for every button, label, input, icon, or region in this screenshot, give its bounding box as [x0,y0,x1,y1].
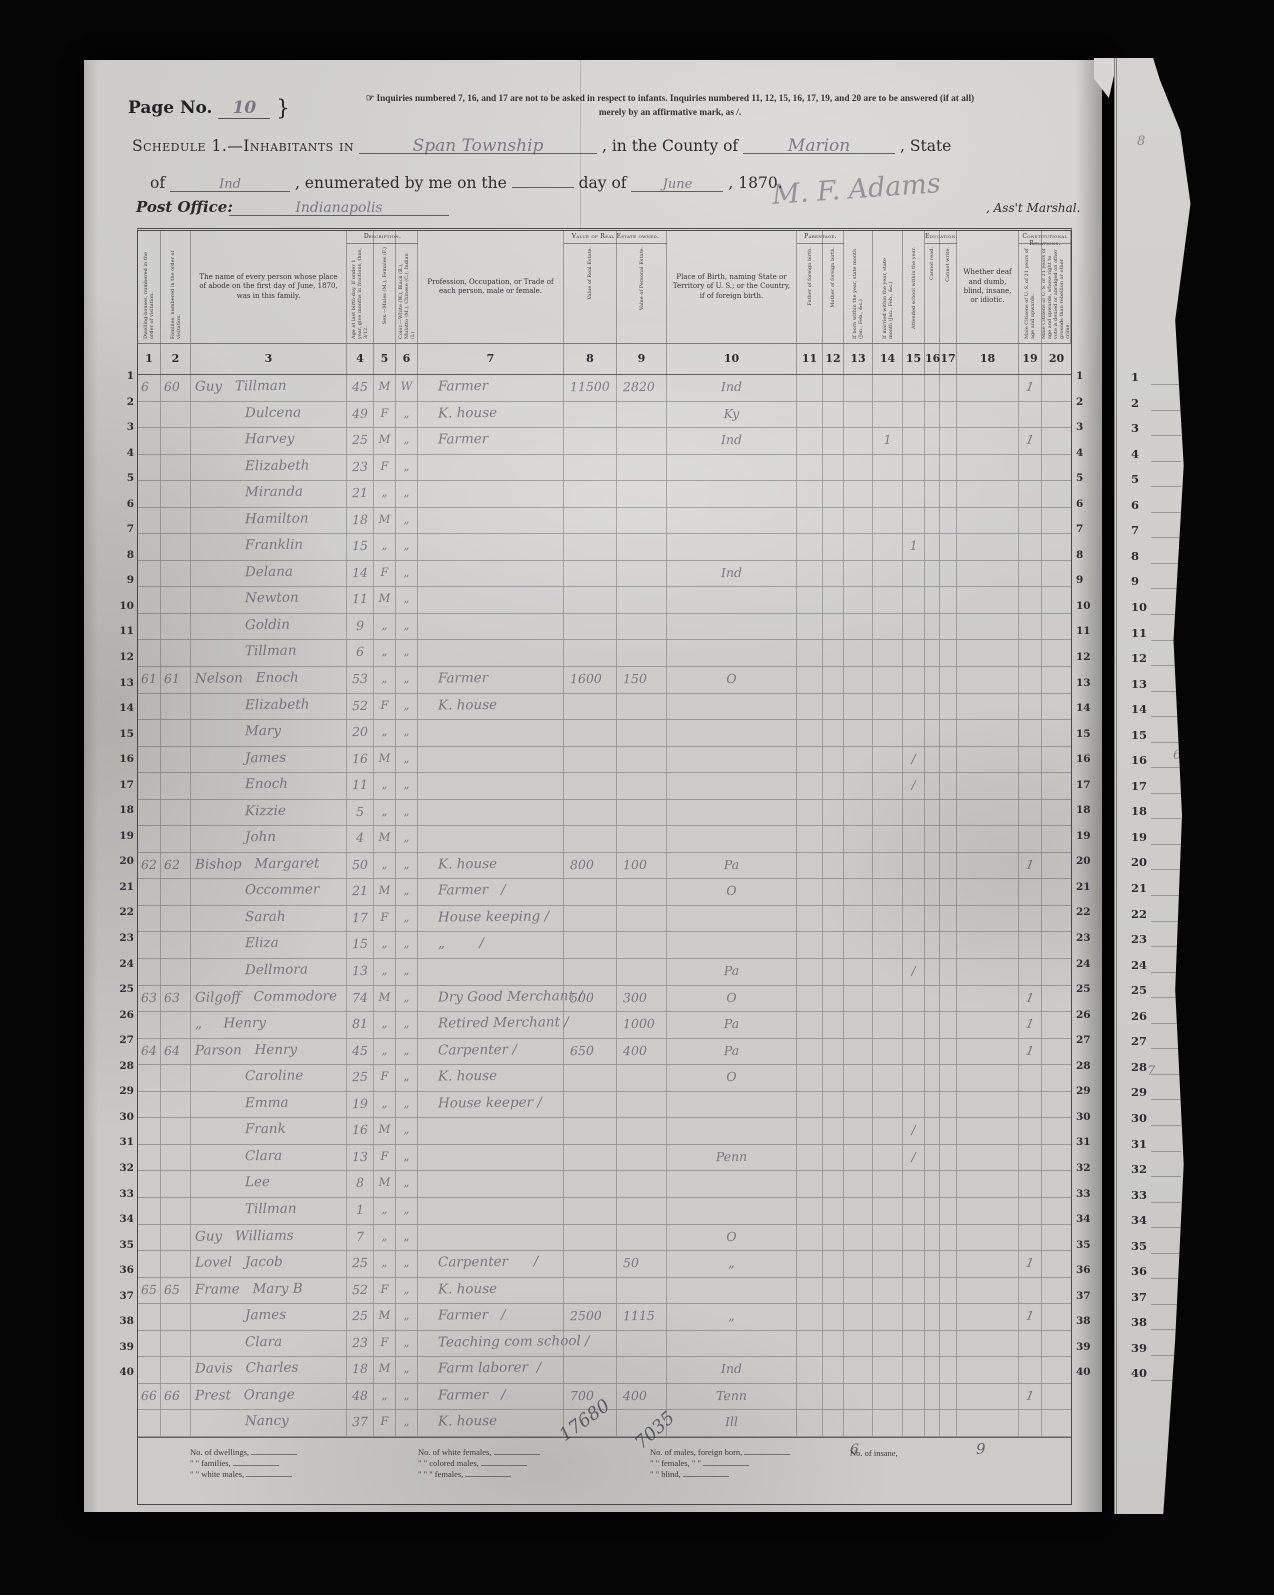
row-number: 16 [110,753,134,779]
cell-9 [617,428,667,454]
cell-15 [903,1278,925,1304]
cell-15 [903,853,925,879]
adjacent-row-number: 24 [1131,958,1147,972]
row-number: 27 [110,1034,134,1060]
cell-4: 21 [347,481,374,507]
table-row: Occommer21M„Farmer /O [138,879,1071,906]
adjacent-row-number: 9 [1131,574,1139,588]
cell-13 [844,694,873,720]
cell-8 [564,481,617,507]
cell-5: M [374,986,396,1012]
cell-7: Teaching com school / [418,1331,564,1357]
cell-5: M [374,508,396,534]
cell-16 [925,773,940,799]
column-header-label: Father of foreign birth. [807,245,813,309]
table-row: Tillman1„„ [138,1198,1071,1225]
cell-3: Newton [191,587,347,613]
column-header-3: The name of every person whose place of … [191,231,347,343]
cell-16 [925,1012,940,1038]
cell-13 [844,959,873,985]
cell-15 [903,800,925,826]
adjacent-row-number: 15 [1131,728,1147,742]
cell-17 [940,1304,957,1330]
cell-20 [1042,1357,1071,1383]
column-number: 6 [396,344,418,374]
adjacent-row-number: 32 [1131,1162,1147,1176]
cell-9 [617,720,667,746]
cell-6: „ [396,614,418,640]
table-row: Lovel Jacob25„„Carpenter /50„1 [138,1251,1071,1278]
cell-3: Occommer [191,879,347,905]
adjacent-rule [1151,1048,1181,1049]
cell-13 [844,800,873,826]
adjacent-row-number: 11 [1131,626,1147,640]
census-page: Page No. 10 } ☞ Inquiries numbered 7, 16… [84,60,1102,1512]
cell-15 [903,667,925,693]
cell-5: M [374,587,396,613]
cell-19 [1019,1278,1042,1304]
adjacent-rule [1151,1227,1181,1228]
cell-4: 25 [347,428,374,454]
cell-9: 400 [617,1384,667,1410]
cell-11 [797,481,823,507]
cell-2 [161,1145,191,1171]
cell-13 [844,640,873,666]
cell-13 [844,1357,873,1383]
table-row: Eliza15„„„ / [138,932,1071,959]
row-number: 34 [1076,1213,1100,1239]
cell-6: „ [396,879,418,905]
cell-5: M [374,826,396,852]
cell-11 [797,587,823,613]
row-number: 27 [1076,1034,1100,1060]
cell-7: K. house [418,1410,564,1436]
cell-16 [925,1410,940,1436]
row-number: 15 [1076,728,1100,754]
cell-10: O [667,986,797,1012]
cell-17 [940,694,957,720]
cell-16 [925,694,940,720]
stray-mark: 7 [1147,1064,1155,1079]
adjacent-row-number: 29 [1131,1085,1147,1099]
cell-17 [940,534,957,560]
cell-7 [418,720,564,746]
cell-15 [903,1171,925,1197]
cell-13 [844,1039,873,1065]
cell-12 [823,1384,844,1410]
row-number: 18 [110,804,134,830]
cell-8 [564,455,617,481]
cell-1 [138,906,161,932]
cell-19 [1019,826,1042,852]
cell-6: „ [396,1278,418,1304]
column-header-4: Age at last birth-day. If under 1 year, … [347,231,374,343]
cell-6: „ [396,959,418,985]
adjacent-rule [1151,1329,1181,1330]
adjacent-row-number: 19 [1131,830,1147,844]
cell-14 [873,694,903,720]
row-number: 29 [110,1085,134,1111]
column-number-row: 1234567891011121314151617181920 [138,344,1071,375]
cell-5: „ [374,1039,396,1065]
cell-12 [823,853,844,879]
cell-10: O [667,1225,797,1251]
cell-3: Bishop Margaret [191,853,347,879]
table-row: John4M„ [138,826,1071,853]
cell-11 [797,694,823,720]
cell-15 [903,640,925,666]
cell-13 [844,1118,873,1144]
cell-3: Guy Williams [191,1225,347,1251]
cell-3: Dellmora [191,959,347,985]
cell-2 [161,1304,191,1330]
adjacent-row-number: 40 [1131,1366,1147,1380]
cell-8 [564,800,617,826]
cell-14 [873,800,903,826]
cell-12 [823,959,844,985]
cell-6: „ [396,694,418,720]
cell-12 [823,1304,844,1330]
cell-11 [797,959,823,985]
cell-12 [823,694,844,720]
cell-20 [1042,534,1071,560]
cell-3: Delana [191,561,347,587]
cell-20 [1042,455,1071,481]
cell-20 [1042,1331,1071,1357]
cell-5: „ [374,640,396,666]
cell-6: W [396,375,418,401]
column-header-label: Cannot write. [945,245,951,285]
cell-10: Pa [667,1012,797,1038]
cell-10 [667,747,797,773]
row-number: 22 [110,906,134,932]
cell-18 [957,375,1019,401]
adjacent-row-number: 25 [1131,983,1147,997]
cell-4: 25 [347,1065,374,1091]
cell-14 [873,720,903,746]
cell-15 [903,1012,925,1038]
row-number: 32 [110,1162,134,1188]
school-total: 6 [850,1442,859,1458]
adjacent-rule [1151,486,1181,487]
row-number: 16 [1076,753,1100,779]
cell-5: „ [374,1198,396,1224]
cell-20 [1042,853,1071,879]
column-header-16: Cannot read. [925,231,940,343]
schedule-line: Schedule 1.—Inhabitants in Span Township… [132,136,951,155]
cell-6: „ [396,508,418,534]
cell-18 [957,1065,1019,1091]
cell-16 [925,587,940,613]
column-header-6: Color.—White (W.), Black (B.), Mulatto (… [396,231,418,343]
cell-15 [903,614,925,640]
cell-2 [161,932,191,958]
cell-16 [925,1092,940,1118]
adjacent-rule [1151,767,1181,768]
table-row: Dellmora13„„Pa/ [138,959,1071,986]
cell-11 [797,773,823,799]
column-header-20: Male Citizens of U. S. of 21 years of ag… [1042,231,1071,343]
column-header-label: If born within the year, state month (Ja… [852,245,864,342]
cell-2 [161,1251,191,1277]
cell-10 [667,932,797,958]
cell-5: M [374,375,396,401]
cell-1 [138,455,161,481]
cell-9 [617,773,667,799]
cell-10: Ind [667,1357,797,1383]
cell-11 [797,879,823,905]
table-row: Guy Williams7„„O [138,1225,1071,1252]
row-number: 12 [1076,651,1100,677]
cell-9: 150 [617,667,667,693]
column-number: 10 [667,344,797,374]
column-header-14: If married within the year, state month … [873,231,903,343]
group-header: Description. [347,231,418,244]
cell-14 [873,561,903,587]
row-number: 9 [1076,574,1100,600]
adjacent-row-number: 13 [1131,677,1147,691]
cell-17 [940,667,957,693]
adjacent-row-number: 16 [1131,753,1147,767]
cell-6: „ [396,1384,418,1410]
cell-5: „ [374,1012,396,1038]
cell-15: / [903,747,925,773]
cell-4: 14 [347,561,374,587]
stray-mark: 65 [1173,748,1190,763]
cell-16 [925,481,940,507]
cell-3: Eliza [191,932,347,958]
adjacent-rule [1151,691,1181,692]
cell-15 [903,455,925,481]
cell-17 [940,986,957,1012]
cell-18 [957,428,1019,454]
cell-10: Penn [667,1145,797,1171]
cell-5: M [374,879,396,905]
cell-17 [940,455,957,481]
adjacent-rule [1151,1380,1181,1381]
row-number: 35 [1076,1239,1100,1265]
cell-11 [797,455,823,481]
row-number: 38 [110,1315,134,1341]
cell-6: „ [396,481,418,507]
cell-3: John [191,826,347,852]
adjacent-row-number: 4 [1131,447,1139,461]
adjacent-rule [1151,537,1181,538]
cell-20 [1042,1198,1071,1224]
table-row: Goldin9„„ [138,614,1071,641]
row-number: 34 [110,1213,134,1239]
cell-4: 48 [347,1384,374,1410]
row-number: 21 [110,881,134,907]
cell-1 [138,720,161,746]
cell-10 [667,906,797,932]
cell-12 [823,773,844,799]
cell-5: F [374,1331,396,1357]
cell-12 [823,375,844,401]
cell-6: „ [396,906,418,932]
cell-8: 1600 [564,667,617,693]
cell-2 [161,1410,191,1436]
adjacent-rule [1151,844,1181,845]
cell-17 [940,1198,957,1224]
cell-18 [957,1357,1019,1383]
cell-1 [138,1198,161,1224]
table-row: 6161Nelson Enoch53„„Farmer1600150O [138,667,1071,694]
cell-18 [957,959,1019,985]
table-row: Caroline25F„K. houseO [138,1065,1071,1092]
cell-11 [797,561,823,587]
cell-8 [564,428,617,454]
cell-17 [940,879,957,905]
cell-7: Carpenter / [418,1039,564,1065]
cell-6: „ [396,1357,418,1383]
cell-13 [844,587,873,613]
cell-11 [797,1171,823,1197]
cell-11 [797,1304,823,1330]
cell-18 [957,747,1019,773]
cell-19 [1019,1331,1042,1357]
cell-20 [1042,1145,1071,1171]
table-row: Tillman6„„ [138,640,1071,667]
cell-4: 52 [347,694,374,720]
adjacent-row-number: 39 [1131,1341,1147,1355]
cell-16 [925,1039,940,1065]
table-row: Emma19„„House keeper / [138,1092,1071,1119]
cell-14 [873,986,903,1012]
adjacent-row-number: 35 [1131,1239,1147,1253]
cell-7 [418,773,564,799]
table-row: Kizzie5„„ [138,800,1071,827]
cell-17 [940,402,957,428]
cell-13 [844,826,873,852]
cell-4: 49 [347,402,374,428]
cell-17 [940,747,957,773]
cell-9 [617,455,667,481]
cell-6: „ [396,402,418,428]
cell-6: „ [396,534,418,560]
cell-1 [138,694,161,720]
adjacent-row-number: 12 [1131,651,1147,665]
cell-3: Nancy [191,1410,347,1436]
cell-4: 20 [347,720,374,746]
adjacent-row-number: 6 [1131,498,1139,512]
cell-18 [957,1171,1019,1197]
cell-19 [1019,508,1042,534]
cell-17 [940,1092,957,1118]
cell-6: „ [396,1225,418,1251]
cell-7 [418,826,564,852]
cell-16 [925,1331,940,1357]
adjacent-row-number: 38 [1131,1315,1147,1329]
cell-9 [617,1145,667,1171]
cell-2 [161,1225,191,1251]
county-value: Marion [788,136,850,156]
cell-8 [564,906,617,932]
adjacent-rule [1151,921,1181,922]
cell-11 [797,906,823,932]
cell-6: „ [396,747,418,773]
table-row: Davis Charles18M„Farm laborer /Ind [138,1357,1071,1384]
cell-18 [957,853,1019,879]
enumerated-text: , enumerated by me on the [295,174,507,192]
cell-3: Frame Mary B [191,1278,347,1304]
cell-1 [138,1171,161,1197]
enumeration-line: of Ind , enumerated by me on the day of … [150,170,783,192]
cell-16 [925,1304,940,1330]
cell-8 [564,534,617,560]
adjacent-rule [1151,716,1181,717]
cell-12 [823,508,844,534]
table-row: „ Henry81„„Retired Merchant /1000Pa1 [138,1012,1071,1039]
column-header-label: If married within the year, state month … [882,245,894,342]
cell-5: F [374,694,396,720]
cell-19 [1019,402,1042,428]
cell-5: F [374,561,396,587]
cell-16 [925,667,940,693]
cell-18 [957,402,1019,428]
row-number: 31 [110,1136,134,1162]
cell-10: „ [667,1304,797,1330]
cell-16 [925,1145,940,1171]
cell-6: „ [396,932,418,958]
adjacent-row-number: 17 [1131,779,1147,793]
cell-8 [564,959,617,985]
cell-8 [564,614,617,640]
cell-14 [873,1039,903,1065]
cell-16 [925,1065,940,1091]
adjacent-rule [1151,384,1181,385]
cell-3: Tillman [191,1198,347,1224]
post-office-label: Post Office: [136,198,233,216]
cell-11 [797,402,823,428]
cell-7 [418,747,564,773]
cell-14 [873,455,903,481]
column-header-label: The name of every person whose place of … [191,273,346,301]
cell-10: Ill [667,1410,797,1436]
cell-17 [940,1278,957,1304]
cell-20 [1042,587,1071,613]
cell-19 [1019,1092,1042,1118]
cell-15 [903,1357,925,1383]
cell-8 [564,747,617,773]
cell-4: 13 [347,959,374,985]
column-header-label: Male Citizens of U. S. of 21 years of ag… [1024,245,1036,342]
cell-10: „ [667,1251,797,1277]
cell-18 [957,1092,1019,1118]
cell-9: 400 [617,1039,667,1065]
column-number: 19 [1019,344,1042,374]
cell-8 [564,508,617,534]
cell-19 [1019,800,1042,826]
cell-13 [844,1251,873,1277]
cell-19 [1019,1225,1042,1251]
cell-17 [940,853,957,879]
cell-19 [1019,614,1042,640]
cell-15 [903,508,925,534]
adjacent-rule [1151,997,1181,998]
table-row: Franklin15„„1 [138,534,1071,561]
cell-9 [617,1331,667,1357]
adjacent-row-number: 22 [1131,907,1147,921]
right-row-numbers: 1234567891011121314151617181920212223242… [1076,370,1100,1392]
cell-16 [925,800,940,826]
row-number: 40 [1076,1366,1100,1392]
cell-19: 1 [1019,1012,1042,1038]
cell-12 [823,587,844,613]
instructions: ☞ Inquiries numbered 7, 16, and 17 are n… [296,93,1044,121]
cell-2: 61 [161,667,191,693]
column-header-label: Whether deaf and dumb, blind, insane, or… [957,268,1018,306]
